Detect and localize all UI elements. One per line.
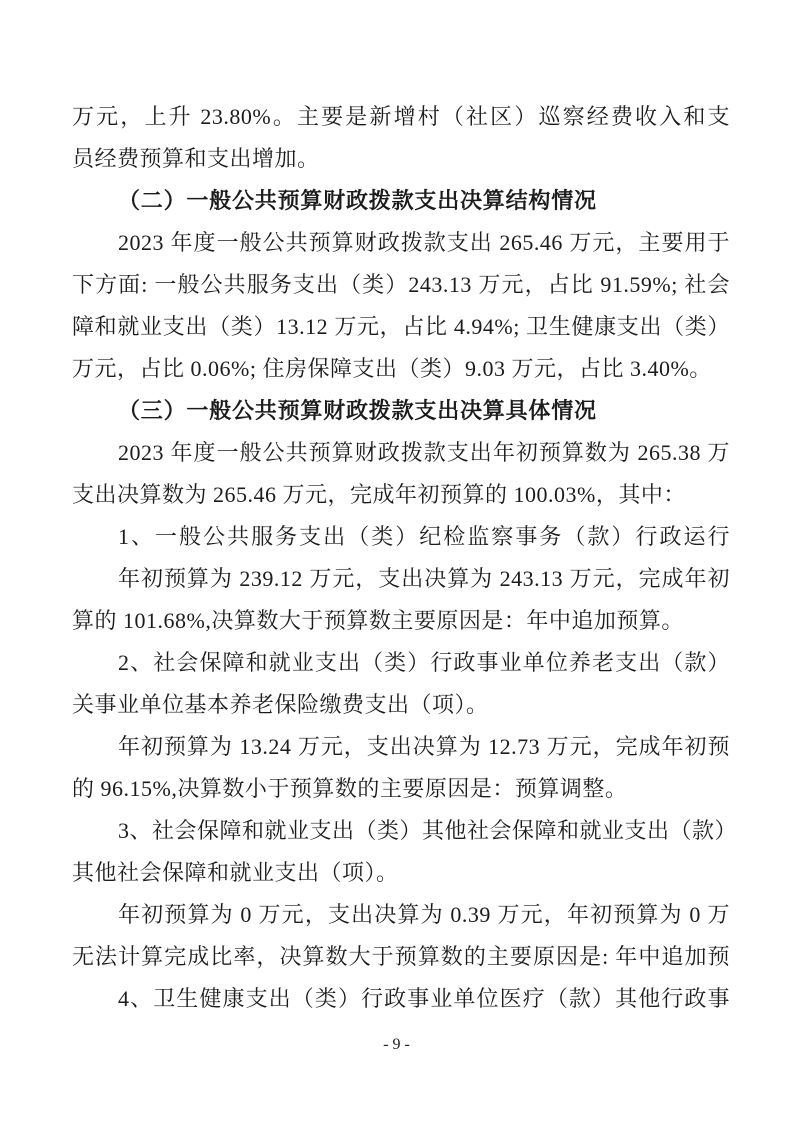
paragraph-line: 员经费预算和支出增加。 [72,138,730,180]
list-item-4: 4、卫生健康支出（类）行政事业单位医疗（款）其他行政事业 [72,978,730,1020]
paragraph-line: 算的 101.68%,决算数大于预算数主要原因是：年中追加预算。 [72,600,730,642]
paragraph-line: 下方面: 一般公共服务支出（类）243.13 万元，占比 91.59%; 社会保 [72,264,730,306]
paragraph-line: 无法计算完成比率，决算数大于预算数的主要原因是: 年中追加预算。 [72,936,730,978]
paragraph-line: 的 96.15%,决算数小于预算数的主要原因是：预算调整。 [72,768,730,810]
paragraph-line: 2023 年度一般公共预算财政拨款支出年初预算数为 265.38 万元， [72,432,730,474]
paragraph-line: 年初预算为 0 万元，支出决算为 0.39 万元，年初预算为 0 万元， [72,894,730,936]
paragraph-line: 2023 年度一般公共预算财政拨款支出 265.46 万元，主要用于以 [72,222,730,264]
page-number: - 9 - [0,1033,793,1057]
paragraph-line: 支出决算数为 265.46 万元，完成年初预算的 100.03%，其中： [72,474,730,516]
paragraph-line: 年初预算为 13.24 万元，支出决算为 12.73 万元，完成年初预算 [72,726,730,768]
document-page: 万元，上升 23.80%。主要是新增村（社区）巡察经费收入和支出，人 员经费预算… [0,0,793,1122]
list-item-1: 1、一般公共服务支出（类）纪检监察事务（款）行政运行（项）。 [72,516,730,558]
list-item-2: 2、社会保障和就业支出（类）行政事业单位养老支出（款）机 [72,642,730,684]
paragraph-line: 其他社会保障和就业支出（项）。 [72,852,730,894]
paragraph-line: 年初预算为 239.12 万元，支出决算为 243.13 万元，完成年初预 [72,558,730,600]
document-body: 万元，上升 23.80%。主要是新增村（社区）巡察经费收入和支出，人 员经费预算… [72,96,730,1020]
paragraph-line: 万元，占比 0.06%; 住房保障支出（类）9.03 万元，占比 3.40%。 [72,348,730,390]
paragraph-line: 万元，上升 23.80%。主要是新增村（社区）巡察经费收入和支出，人 [72,96,730,138]
section-heading-2: （二）一般公共预算财政拨款支出决算结构情况 [72,180,730,222]
section-heading-3: （三）一般公共预算财政拨款支出决算具体情况 [72,390,730,432]
paragraph-line: 关事业单位基本养老保险缴费支出（项）。 [72,684,730,726]
paragraph-line: 障和就业支出（类）13.12 万元，占比 4.94%; 卫生健康支出（类）0.1… [72,306,730,348]
list-item-3: 3、社会保障和就业支出（类）其他社会保障和就业支出（款） [72,810,730,852]
